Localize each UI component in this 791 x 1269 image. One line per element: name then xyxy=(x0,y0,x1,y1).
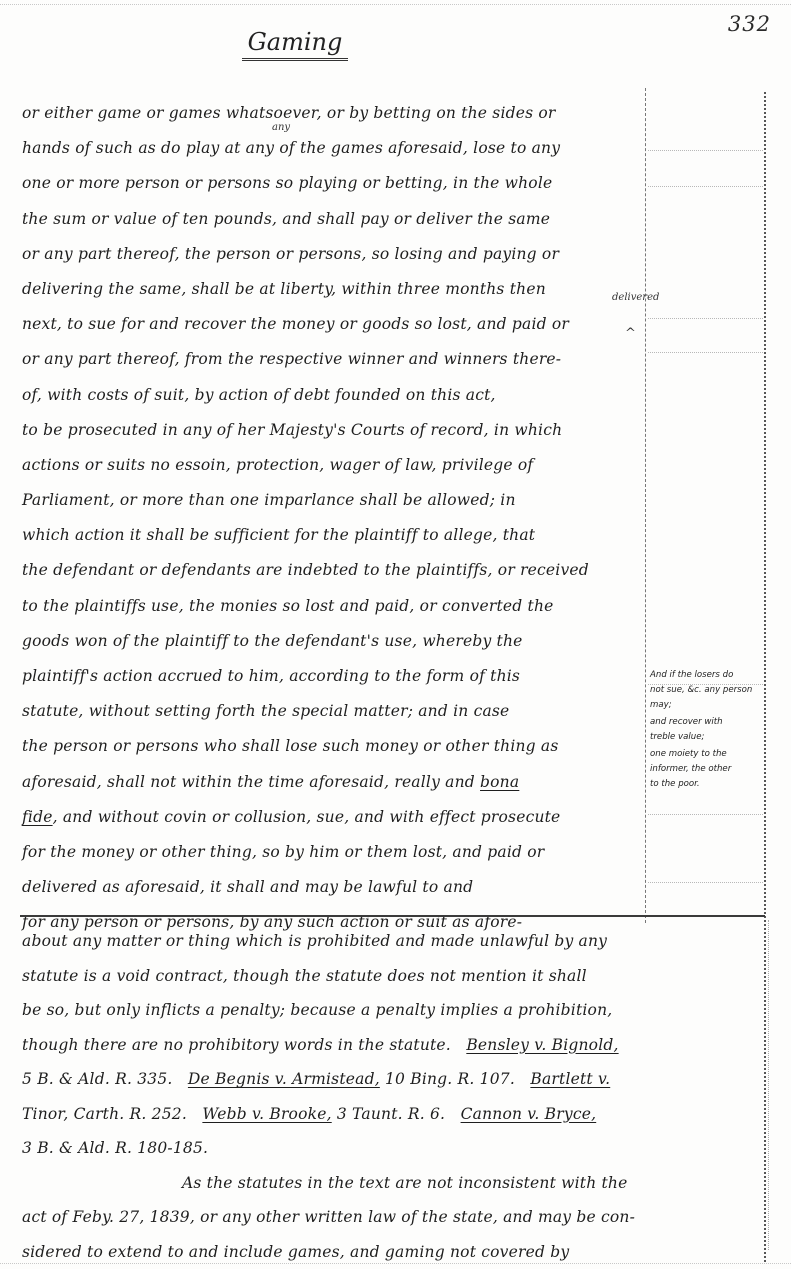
margin-note-line: may; xyxy=(650,698,762,713)
text-line: the sum or value of ten pounds, and shal… xyxy=(22,202,642,237)
page-title: Gaming xyxy=(242,28,349,61)
marginal-note: And if the losers do not sue, &c. any pe… xyxy=(650,668,762,792)
citation-reference: 10 Bing. R. 107. xyxy=(385,1070,515,1088)
footnote-text-segment: 5 B. & Ald. R. 335. xyxy=(22,1070,173,1088)
text-line: to the plaintiffs use, the monies so los… xyxy=(22,589,642,624)
manuscript-page: 332 Gaming any delivered ^ or either gam… xyxy=(0,0,791,1269)
footnote-line: statute is a void contract, though the s… xyxy=(22,959,767,994)
text-line: for the money or other thing, so by him … xyxy=(22,835,642,870)
footnote-line: Tinor, Carth. R. 252. Webb v. Brooke, 3 … xyxy=(22,1097,767,1132)
margin-guide-line xyxy=(648,186,763,187)
text-line: statute, without setting forth the speci… xyxy=(22,694,642,729)
footnote-edge-rule xyxy=(768,920,769,1250)
heading-container: Gaming xyxy=(215,28,375,61)
margin-note-line: treble value; xyxy=(650,730,762,745)
margin-guide-line xyxy=(648,814,763,815)
footnote-line: be so, but only inflicts a penalty; beca… xyxy=(22,993,767,1028)
scan-edge-bottom xyxy=(0,1263,791,1265)
scan-edge-top xyxy=(0,4,791,6)
footnote-divider xyxy=(20,915,765,917)
text-line: delivering the same, shall be at liberty… xyxy=(22,272,642,307)
page-number: 332 xyxy=(728,12,771,36)
statute-text: or either game or games whatsoever, or b… xyxy=(22,96,642,941)
footnote-line: act of Feby. 27, 1839, or any other writ… xyxy=(22,1200,767,1235)
case-citation: Bensley v. Bignold, xyxy=(466,1036,618,1054)
text-line: the defendant or defendants are indebted… xyxy=(22,553,642,588)
footnote-line: As the statutes in the text are not inco… xyxy=(22,1166,767,1201)
footnote-text-segment: Tinor, Carth. R. 252. xyxy=(22,1105,187,1123)
text-line: to be prosecuted in any of her Majesty's… xyxy=(22,413,642,448)
footnote-line: 5 B. & Ald. R. 335. De Begnis v. Armiste… xyxy=(22,1062,767,1097)
margin-guide-line xyxy=(648,318,763,319)
text-line: next, to sue for and recover the money o… xyxy=(22,307,642,342)
margin-note-line: one moiety to the xyxy=(650,747,762,762)
margin-note-line: to the poor. xyxy=(650,777,762,792)
margin-rule-inner xyxy=(645,88,646,923)
margin-note-line: And if the losers do xyxy=(650,668,762,683)
text-line: Parliament, or more than one imparlance … xyxy=(22,483,642,518)
footnote-line: 3 B. & Ald. R. 180-185. xyxy=(22,1131,767,1166)
text-line: which action it shall be sufficient for … xyxy=(22,518,642,553)
margin-note-line: and recover with xyxy=(650,715,762,730)
text-line: fide, and without covin or collusion, su… xyxy=(22,800,642,835)
text-line: goods won of the plaintiff to the defend… xyxy=(22,624,642,659)
footnote-text-segment: though there are no prohibitory words in… xyxy=(22,1036,451,1054)
text-line: delivered as aforesaid, it shall and may… xyxy=(22,870,642,905)
text-line: or any part thereof, the person or perso… xyxy=(22,237,642,272)
margin-note-line: not sue, &c. any person xyxy=(650,683,762,698)
footnote-line: though there are no prohibitory words in… xyxy=(22,1028,767,1063)
case-citation: Webb v. Brooke, xyxy=(202,1105,331,1123)
text-line: of, with costs of suit, by action of deb… xyxy=(22,378,642,413)
case-citation: De Begnis v. Armistead, xyxy=(188,1070,380,1088)
text-line: actions or suits no essoin, protection, … xyxy=(22,448,642,483)
citation-reference: 3 Taunt. R. 6. xyxy=(337,1105,445,1123)
text-line: plaintiff's action accrued to him, accor… xyxy=(22,659,642,694)
footnote-text: about any matter or thing which is prohi… xyxy=(22,924,767,1269)
text-line: the person or persons who shall lose suc… xyxy=(22,729,642,764)
text-line: hands of such as do play at any of the g… xyxy=(22,131,642,166)
margin-guide-line xyxy=(648,352,763,353)
margin-guide-line xyxy=(648,150,763,151)
case-citation: Bartlett v. xyxy=(530,1070,610,1088)
case-citation: Cannon v. Bryce, xyxy=(461,1105,597,1123)
margin-guide-line xyxy=(648,882,763,883)
footnote-line: about any matter or thing which is prohi… xyxy=(22,924,767,959)
text-line: or either game or games whatsoever, or b… xyxy=(22,96,642,131)
text-line: one or more person or persons so playing… xyxy=(22,166,642,201)
margin-note-line: informer, the other xyxy=(650,762,762,777)
text-line: or any part thereof, from the respective… xyxy=(22,342,642,377)
text-line: aforesaid, shall not within the time afo… xyxy=(22,765,642,800)
